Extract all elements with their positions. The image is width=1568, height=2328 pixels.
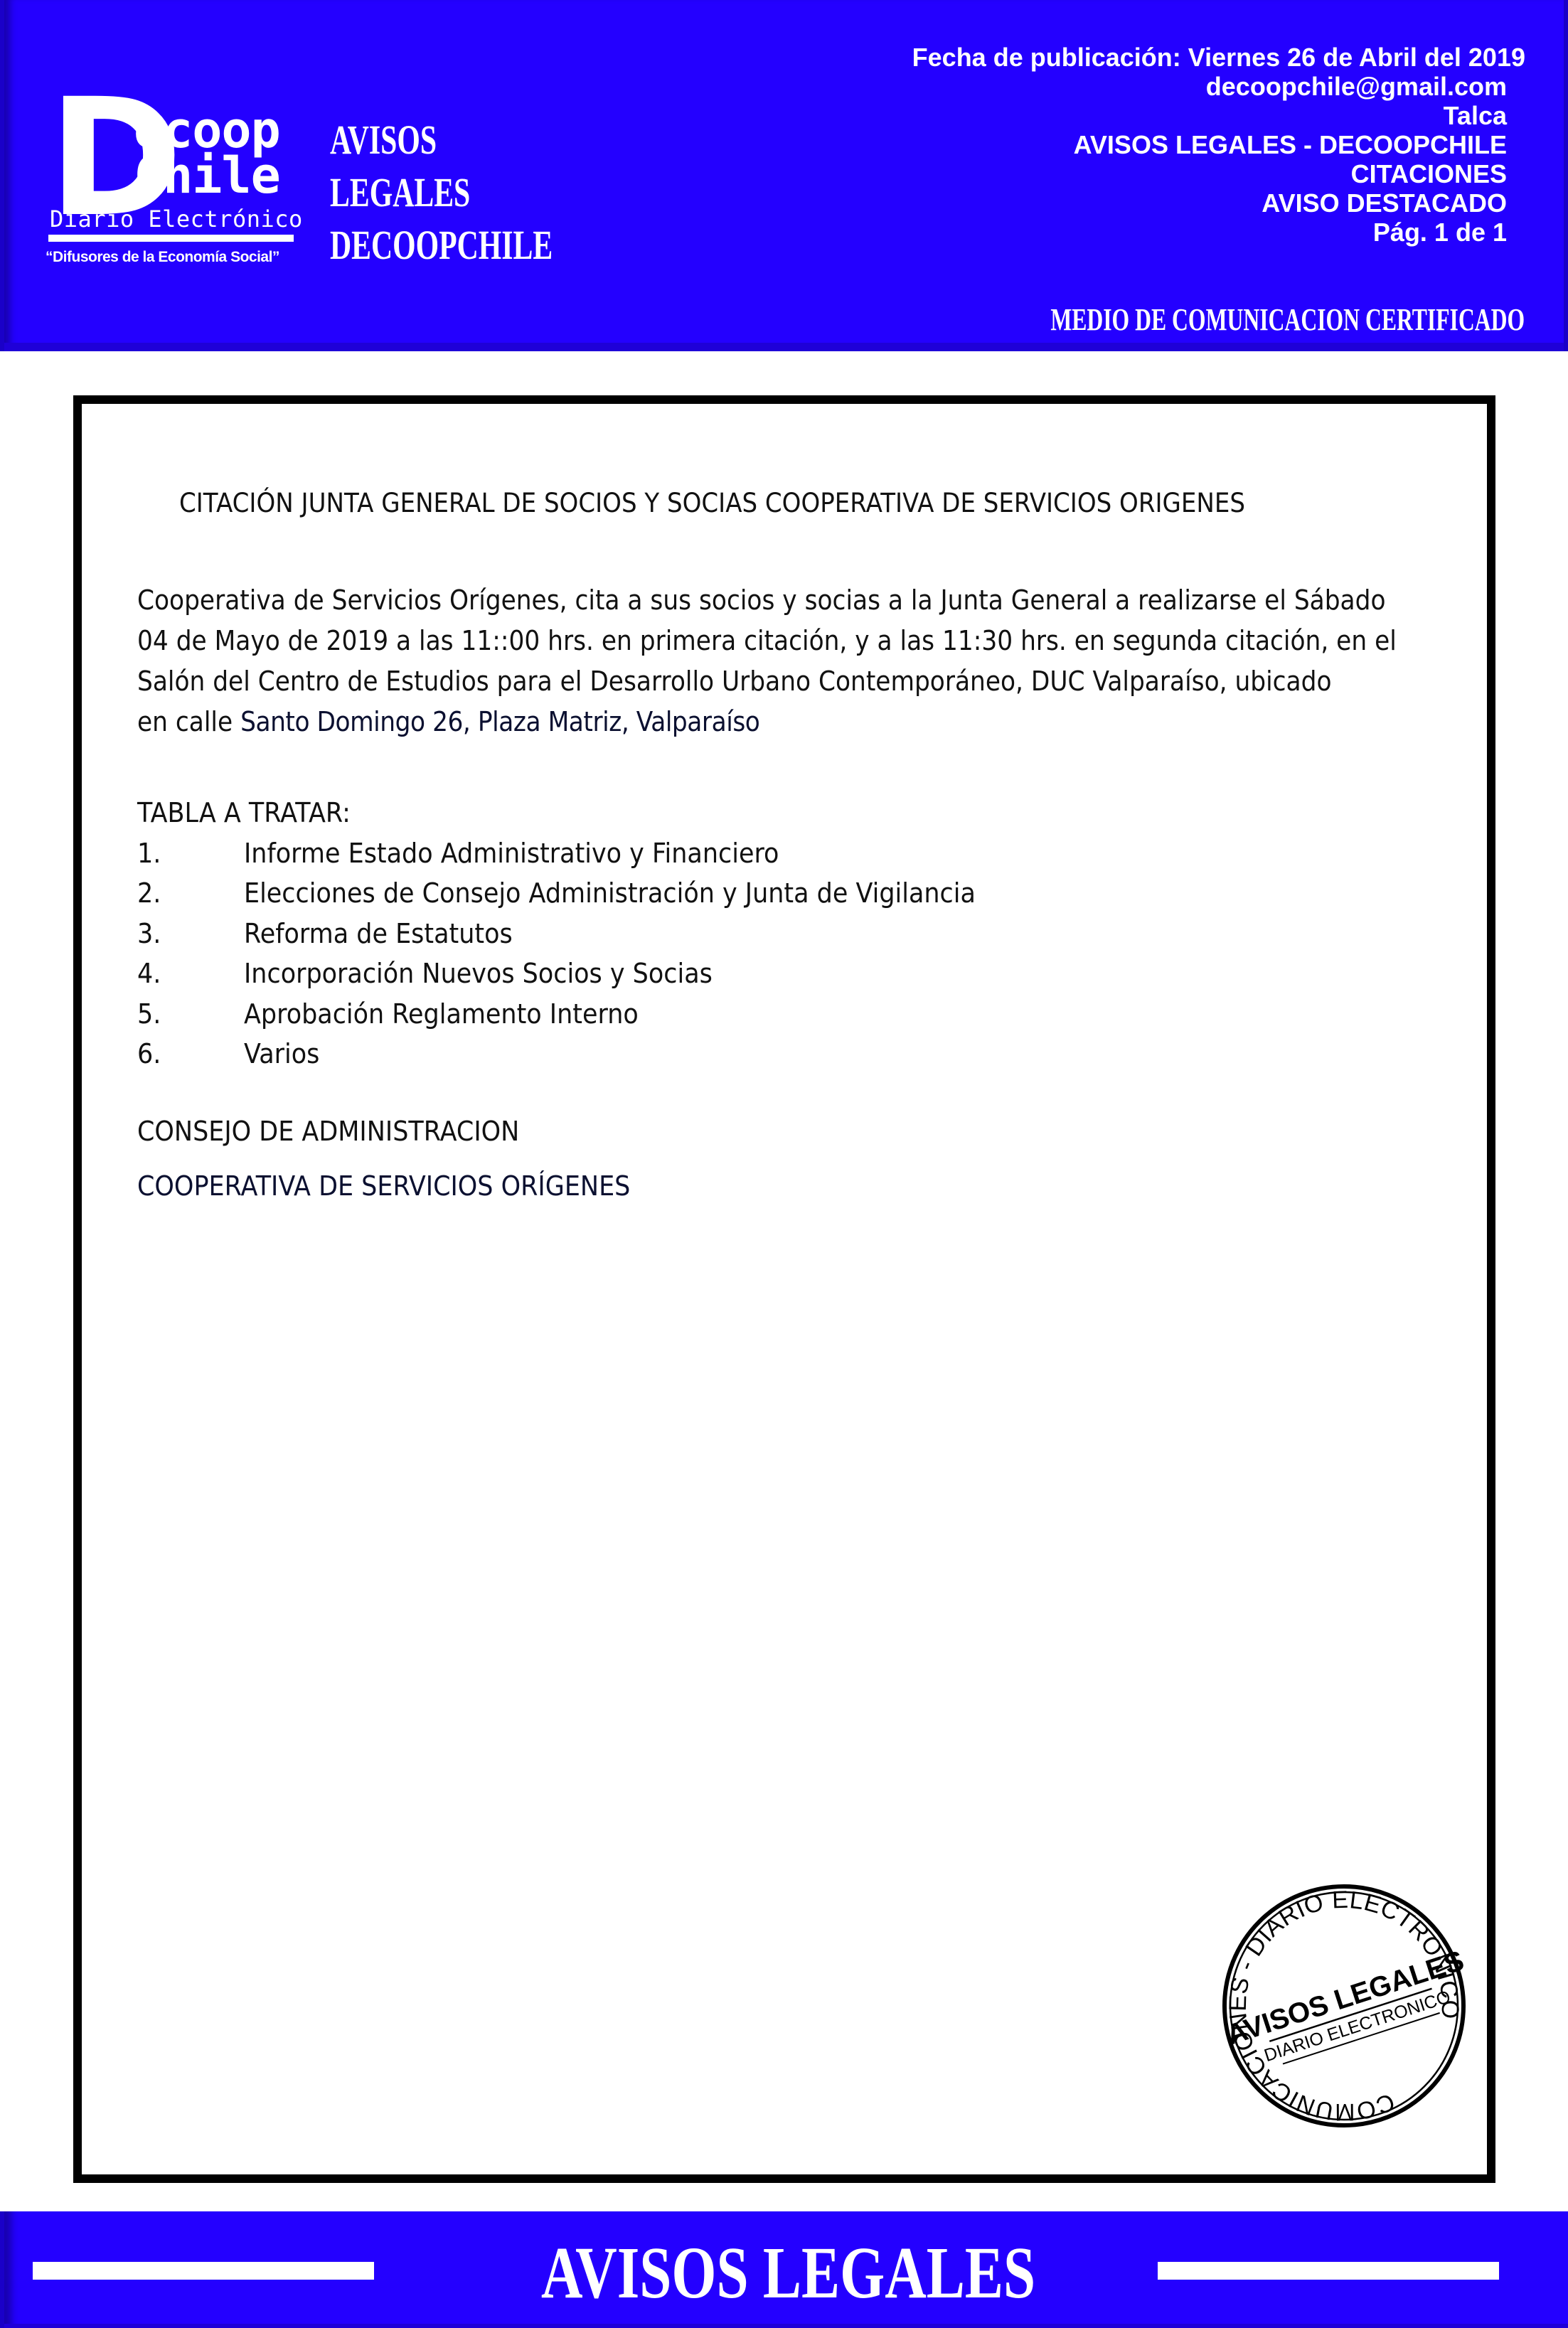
footer-banner: AVISOS LEGALES bbox=[0, 2211, 1568, 2328]
agenda-item-number: 6. bbox=[137, 1034, 161, 1074]
agenda-item-text: Incorporación Nuevos Socios y Socias bbox=[244, 954, 713, 994]
agenda-item: 1. Informe Estado Administrativo y Finan… bbox=[137, 833, 369, 874]
header-title-line: AVISOS bbox=[330, 114, 553, 166]
notice-paragraph: Cooperativa de Servicios Orígenes, cita … bbox=[137, 580, 1488, 742]
agenda-item: 4. Incorporación Nuevos Socios y Socias bbox=[137, 954, 369, 994]
paragraph-line: Cooperativa de Servicios Orígenes, cita … bbox=[137, 580, 1360, 621]
agenda-item-number: 3. bbox=[137, 914, 161, 954]
agenda: TABLA A TRATAR: 1. Informe Estado Admini… bbox=[137, 793, 369, 1074]
agenda-item-text: Elecciones de Consejo Administración y J… bbox=[244, 873, 976, 914]
agenda-item-number: 5. bbox=[137, 994, 161, 1035]
section-name: AVISOS LEGALES - DECOOPCHILE bbox=[912, 130, 1507, 159]
paragraph-line: Salón del Centro de Estudios para el Des… bbox=[137, 661, 1360, 702]
notice-type: AVISO DESTACADO bbox=[912, 188, 1507, 218]
meeting-address: Santo Domingo 26, Plaza Matriz, Valparaí… bbox=[240, 706, 759, 737]
header-title: AVISOS LEGALES DECOOPCHILE bbox=[330, 114, 553, 272]
publication-date: Fecha de publicación: Viernes 26 de Abri… bbox=[912, 43, 1525, 72]
city: Talca bbox=[912, 101, 1507, 130]
paragraph-line: 04 de Mayo de 2019 a las 11::00 hrs. en … bbox=[137, 621, 1360, 661]
logo-subtitle: Diario Electrónico bbox=[50, 206, 303, 232]
certified-label: MEDIO DE COMUNICACION CERTIFICADO bbox=[1050, 302, 1525, 338]
paragraph-prefix: en calle bbox=[137, 706, 240, 737]
seal-stamp-icon: COMUNICACIONES - DIARIO ELECTRONICO AVIS… bbox=[1220, 1881, 1468, 2130]
header-title-line: DECOOPCHILE bbox=[330, 219, 553, 272]
agenda-item: 3. Reforma de Estatutos bbox=[137, 914, 369, 954]
agenda-item-text: Informe Estado Administrativo y Financie… bbox=[244, 833, 779, 874]
logo-tagline: “Difusores de la Economía Social” bbox=[46, 249, 279, 266]
agenda-item-text: Varios bbox=[244, 1034, 319, 1074]
logo-line-2: Chile bbox=[134, 151, 280, 201]
agenda-item-text: Reforma de Estatutos bbox=[244, 914, 513, 954]
agenda-item: 6. Varios bbox=[137, 1034, 369, 1074]
footer-divider-right bbox=[1158, 2262, 1499, 2280]
agenda-item: 5. Aprobación Reglamento Interno bbox=[137, 994, 369, 1035]
page-number: Pág. 1 de 1 bbox=[912, 218, 1507, 247]
paragraph-line: en calle Santo Domingo 26, Plaza Matriz,… bbox=[137, 702, 1360, 742]
notice-box: CITACIÓN JUNTA GENERAL DE SOCIOS Y SOCIA… bbox=[73, 395, 1495, 2183]
agenda-item-number: 4. bbox=[137, 954, 161, 994]
header-title-line: LEGALES bbox=[330, 166, 553, 219]
agenda-heading: TABLA A TRATAR: bbox=[137, 793, 351, 833]
agenda-item: 2. Elecciones de Consejo Administración … bbox=[137, 873, 369, 914]
agenda-item-number: 1. bbox=[137, 833, 161, 874]
agenda-item-text: Aprobación Reglamento Interno bbox=[244, 994, 639, 1035]
contact-email: decoopchile@gmail.com bbox=[912, 72, 1507, 101]
publication-meta: Fecha de publicación: Viernes 26 de Abri… bbox=[912, 43, 1507, 247]
agenda-item-number: 2. bbox=[137, 873, 161, 914]
logo-divider bbox=[48, 235, 294, 242]
notice-title: CITACIÓN JUNTA GENERAL DE SOCIOS Y SOCIA… bbox=[179, 488, 1245, 519]
footer-title-text: AVISOS LEGALES bbox=[541, 2234, 1035, 2312]
council-label: CONSEJO DE ADMINISTRACION bbox=[137, 1114, 519, 1148]
decoopchile-logo: D ecoop Chile Diario Electrónico “Difuso… bbox=[48, 84, 304, 276]
category: CITACIONES bbox=[912, 159, 1507, 188]
header-banner: D ecoop Chile Diario Electrónico “Difuso… bbox=[0, 0, 1568, 351]
signature: COOPERATIVA DE SERVICIOS ORÍGENES bbox=[137, 1169, 630, 1203]
